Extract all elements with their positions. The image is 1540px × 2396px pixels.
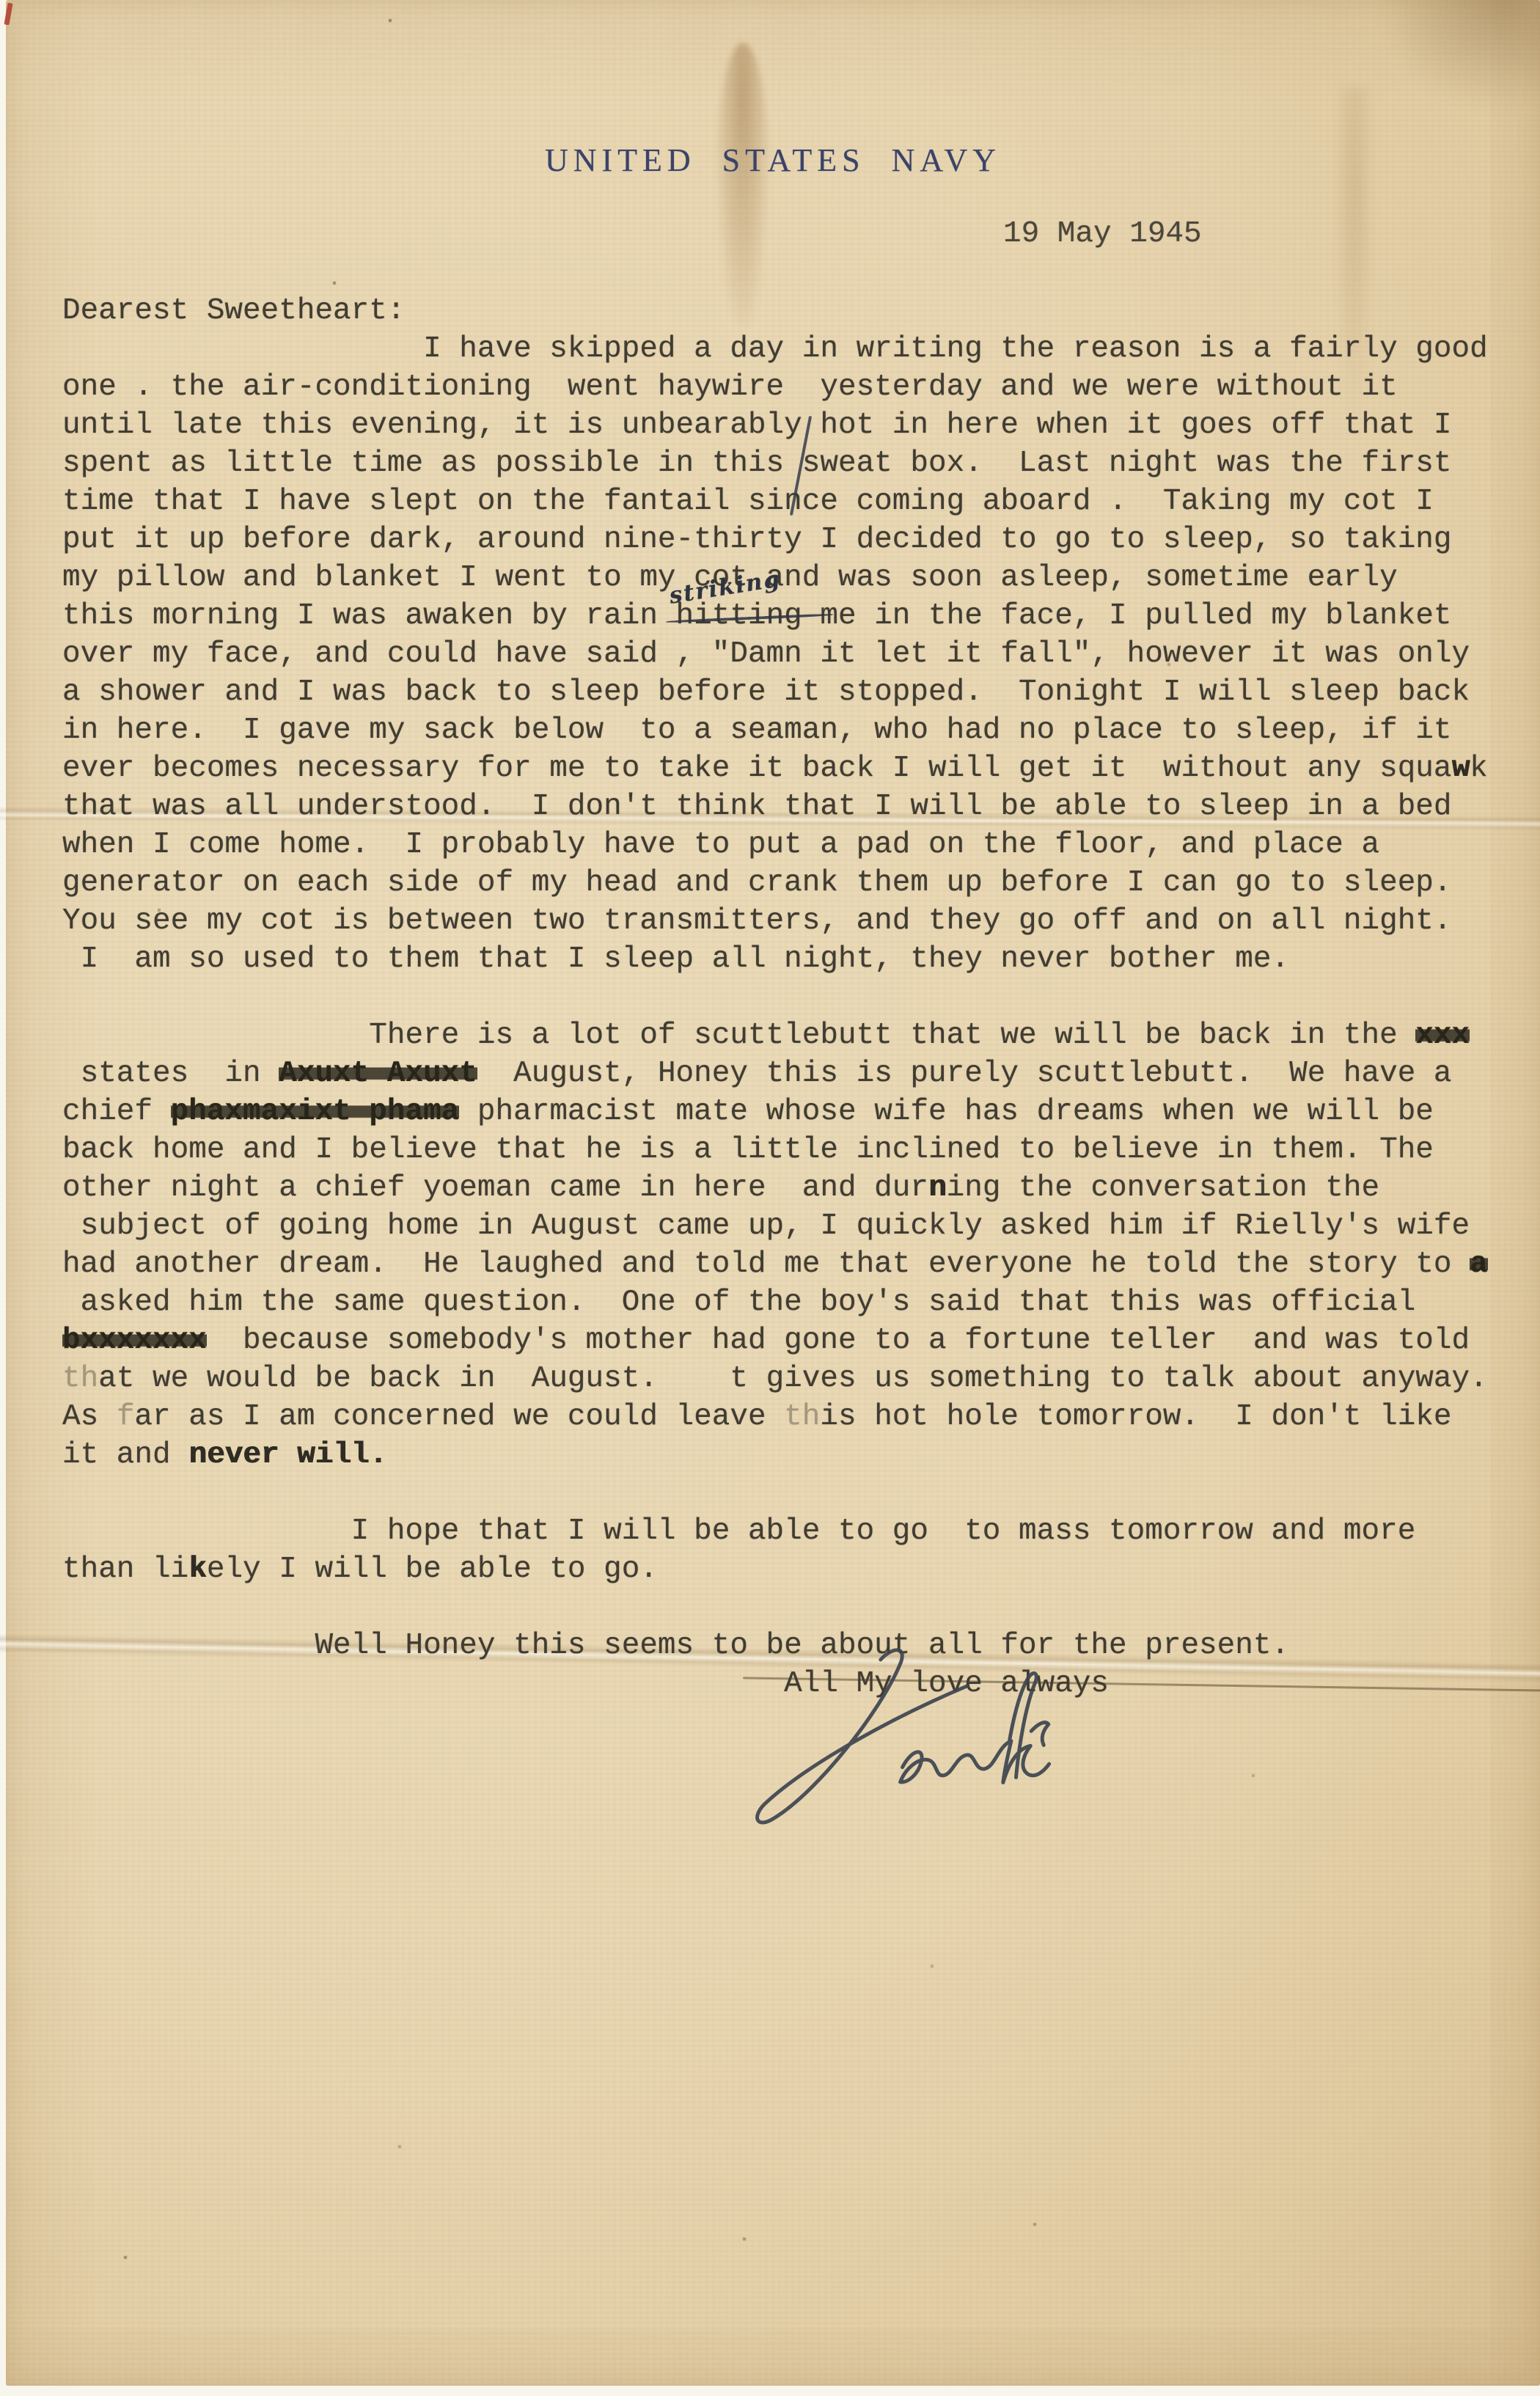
letter-line: that was all understood. I don't think t… — [62, 788, 1518, 826]
letter-line: subject of going home in August came up,… — [62, 1207, 1518, 1245]
letterhead: UNITED STATES NAVY — [6, 142, 1540, 179]
letter-line — [62, 1589, 1518, 1627]
letter-line: chief phaxmaxixt phama pharmacist mate w… — [62, 1093, 1518, 1131]
letter-line: ever becomes necessary for me to take it… — [62, 750, 1518, 788]
letter-line: it and never will. — [62, 1436, 1518, 1474]
stain-corner — [1367, 0, 1540, 122]
letter-line: You see my cot is between two transmitte… — [62, 902, 1518, 940]
letter-line: in here. I gave my sack below to a seama… — [62, 711, 1518, 750]
letter-line: I am so used to them that I sleep all ni… — [62, 940, 1518, 978]
letter-line: generator on each side of my head and cr… — [62, 864, 1518, 902]
letter-line: states in Axuxt Axuxt August, Honey this… — [62, 1055, 1518, 1093]
letter-body: Dearest Sweetheart: I have skipped a day… — [62, 292, 1518, 1703]
letter-line: put it up before dark, around nine-thirt… — [62, 521, 1518, 559]
letter-line: There is a lot of scuttlebutt that we wi… — [62, 1016, 1518, 1055]
signature-stroke — [723, 1634, 1071, 1857]
letter-line: when I come home. I probably have to put… — [62, 826, 1518, 864]
letter-line: spent as little time as possible in this… — [62, 444, 1518, 483]
letter-line — [62, 1474, 1518, 1512]
letter-line: I hope that I will be able to go to mass… — [62, 1512, 1518, 1550]
letter-line: had another dream. He laughed and told m… — [62, 1245, 1518, 1283]
letter-line: one . the air-conditioning went haywire … — [62, 368, 1518, 406]
letter-line: my pillow and blanket I went to my cot a… — [62, 559, 1518, 597]
letter-paper: UNITED STATES NAVY 19 May 1945 Dearest S… — [6, 0, 1540, 2386]
letter-line: a shower and I was back to sleep before … — [62, 673, 1518, 711]
letter-line: bxxxxxxx because somebody's mother had g… — [62, 1322, 1518, 1360]
red-edge-mark — [4, 3, 12, 26]
letter-line: I have skipped a day in writing the reas… — [62, 330, 1518, 368]
paper-specks — [6, 0, 7, 1]
letter-line: Dearest Sweetheart: — [62, 292, 1518, 330]
letter-line: other night a chief yoeman came in here … — [62, 1169, 1518, 1207]
signature: Frank — [723, 1634, 1071, 1857]
letter-line: asked him the same question. One of the … — [62, 1283, 1518, 1322]
letter-line: that we would be back in August. t gives… — [62, 1360, 1518, 1398]
page: UNITED STATES NAVY 19 May 1945 Dearest S… — [0, 0, 1540, 2396]
letter-line: over my face, and could have said , "Dam… — [62, 635, 1518, 673]
letter-line: As far as I am concerned we could leave … — [62, 1398, 1518, 1436]
stain-drip — [716, 43, 770, 329]
letter-line — [62, 978, 1518, 1016]
letter-line: this morning I was awaken by rain hittin… — [62, 597, 1518, 635]
date-line: 19 May 1945 — [1003, 217, 1202, 251]
letter-line: until late this evening, it is unbearabl… — [62, 406, 1518, 444]
letter-line: back home and I believe that he is a lit… — [62, 1131, 1518, 1169]
letter-line: than likely I will be able to go. — [62, 1550, 1518, 1589]
